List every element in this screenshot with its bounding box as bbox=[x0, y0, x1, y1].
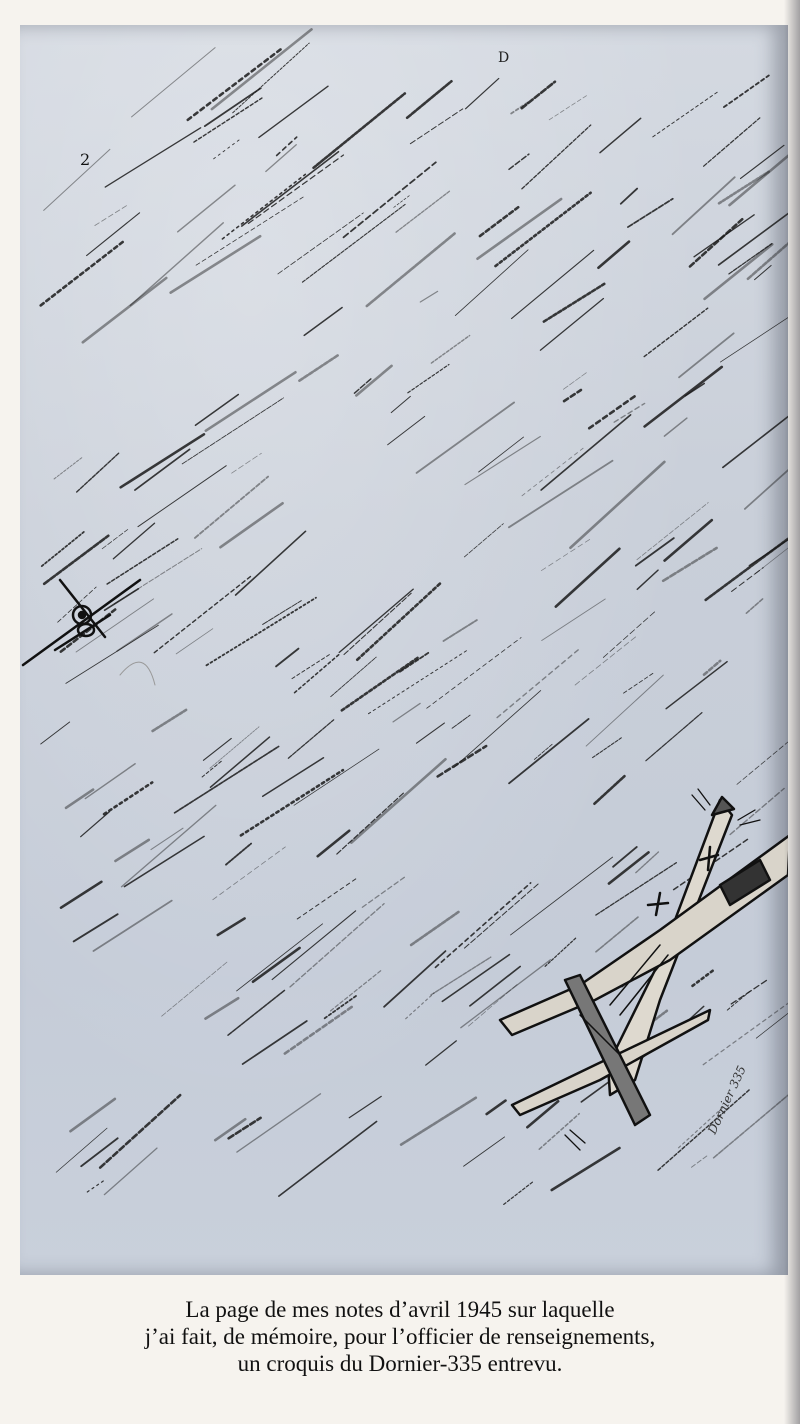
caption-line-1: La page de mes notes d’avril 1945 sur la… bbox=[0, 1296, 800, 1323]
mark-2: 2 bbox=[80, 150, 90, 169]
dornier-335-sketch bbox=[500, 789, 788, 1150]
page-edge-shadow bbox=[784, 0, 800, 1424]
figure-caption: La page de mes notes d’avril 1945 sur la… bbox=[0, 1296, 800, 1377]
caption-line-2: j’ai fait, de mémoire, pour l’officier d… bbox=[0, 1323, 800, 1350]
notes-photo: Dornier 335 D 2 bbox=[20, 25, 788, 1275]
sketch-label: Dornier 335 bbox=[705, 1064, 749, 1138]
mark-d: D bbox=[498, 50, 509, 66]
caption-line-3: un croquis du Dornier-335 entrevu. bbox=[0, 1350, 800, 1377]
handwritten-notes: Dornier 335 D 2 bbox=[20, 25, 788, 1275]
